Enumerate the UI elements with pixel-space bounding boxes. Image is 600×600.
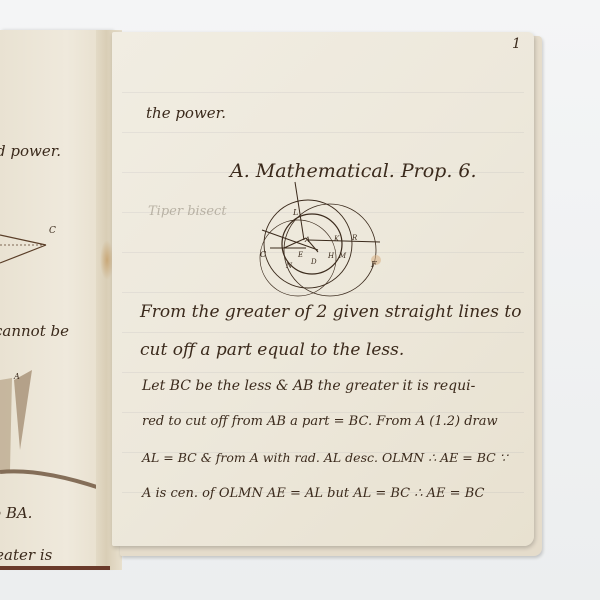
diagram-label-m: M [339,252,346,260]
left-diagram-label-a: A [14,372,20,381]
diagram-label-h: H [328,252,334,260]
page-number: 1 [512,36,521,52]
left-page-line-1: d power. [0,142,61,160]
left-page-sketch-drawing [0,370,110,490]
proposition-line-2: cut off a part equal to the less. [140,340,404,360]
diagram-label-e: E [298,251,303,259]
left-page-line-2: cannot be [0,322,69,340]
proof-line-1: Let BC be the less & AB the greater it i… [142,378,475,394]
diagram-label-d: D [311,258,317,266]
margin-note: Tiper bisect [148,204,227,219]
right-page: the power. A. Mathematical. Prop. 6. Tip… [112,32,534,546]
diagram-label-k: K [334,235,339,243]
diagram-label-l: L [293,208,298,217]
diagram-label-c: C [260,250,266,259]
diagram-label-r: R [352,234,357,242]
diagram-label-f: F [371,260,377,269]
left-diagram-label-c: C [49,226,56,236]
proposition-line-1: From the greater of 2 given straight lin… [140,302,521,322]
geometry-circles-diagram [240,180,400,300]
proof-line-2: red to cut off from AB a part = BC. From… [142,414,498,429]
continuation-text: the power. [146,104,226,122]
left-page-line-4: reater is [0,546,52,564]
diagram-label-n: N [286,262,292,270]
proof-line-3: AL = BC & from A with rad. AL desc. OLMN… [142,450,508,465]
leather-binding-edge [0,566,110,570]
proposition-title: A. Mathematical. Prop. 6. [230,160,477,182]
proof-line-4: A is cen. of OLMN AE = AL but AL = BC ∴ … [142,486,484,501]
left-page-line-3: to BA. [0,504,32,522]
diagram-label-a: A [305,236,310,244]
